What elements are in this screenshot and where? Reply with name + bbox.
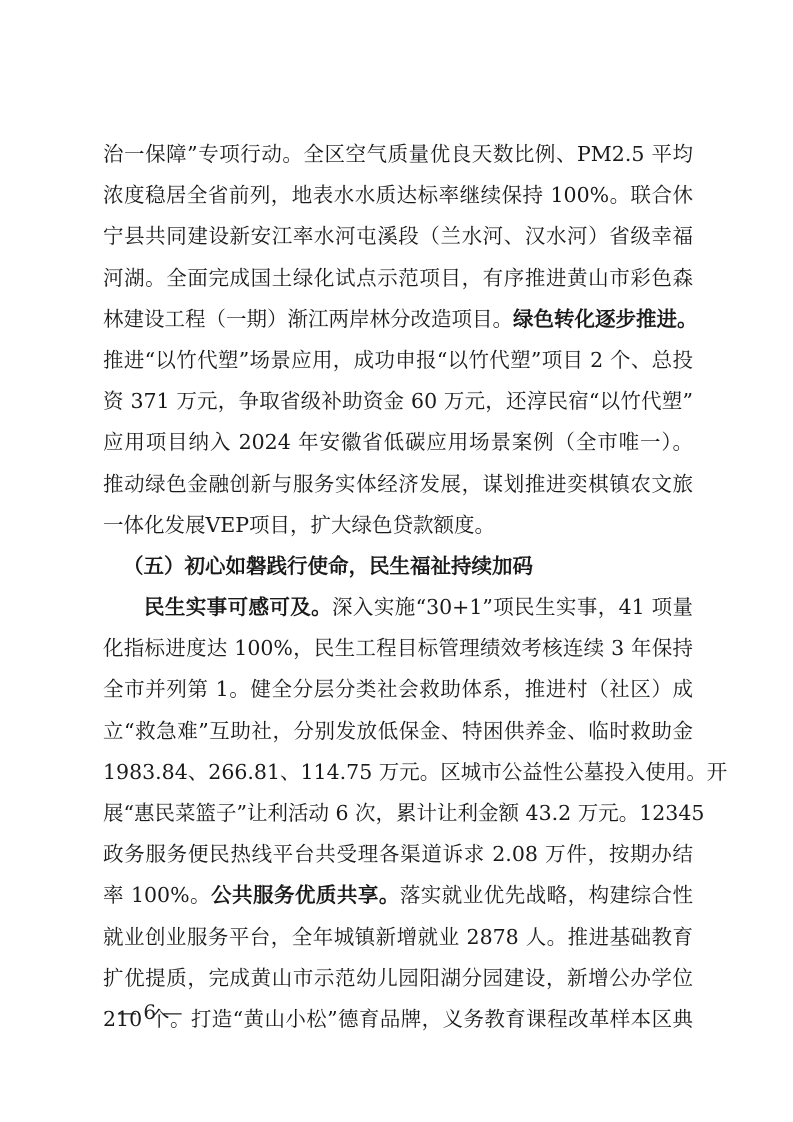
text-segment: 展“惠民菜篮子”让利活动 6 次，累计让利金额 43.2 万元。12345 xyxy=(103,801,704,825)
text-segment: 率 100%。 xyxy=(103,883,211,907)
text-segment: 深入实施“30+1”项民生实事，41 项量 xyxy=(332,595,693,619)
text-segment: 推进“以竹代塑”场景应用，成功申报“以竹代塑”项目 2 个、总投 xyxy=(103,348,693,372)
text-segment: 河湖。全面完成国土绿化试点示范项目，有序推进黄山市彩色森 xyxy=(103,266,693,290)
text-line: 民生实事可感可及。深入实施“30+1”项民生实事，41 项量 xyxy=(103,587,693,628)
body-text: 治一保障”专项行动。全区空气质量优良天数比例、PM2.5 平均浓度稳居全省前列，… xyxy=(103,134,693,1040)
text-line: 浓度稳居全省前列，地表水水质达标率继续保持 100%。联合休 xyxy=(103,175,693,216)
page-number: — 6 — xyxy=(117,998,182,1026)
text-segment: 推动绿色金融创新与服务实体经济发展，谋划推进奕棋镇农文旅 xyxy=(103,472,693,496)
text-segment: 资 371 万元，争取省级补助资金 60 万元，还淳民宿“以竹代塑” xyxy=(103,389,693,413)
text-line: 全市并列第 1。健全分层分类社会救助体系，推进村（社区）成 xyxy=(103,669,693,710)
text-line: 展“惠民菜篮子”让利活动 6 次，累计让利金额 43.2 万元。12345 xyxy=(103,793,693,834)
text-line: 扩优提质，完成黄山市示范幼儿园阳湖分园建设，新增公办学位 xyxy=(103,958,693,999)
text-segment: 化指标进度达 100%，民生工程目标管理绩效考核连续 3 年保持 xyxy=(103,636,693,660)
text-line: 宁县共同建设新安江率水河屯溪段（兰水河、汉水河）省级幸福 xyxy=(103,216,693,257)
text-segment: 扩优提质，完成黄山市示范幼儿园阳湖分园建设，新增公办学位 xyxy=(103,966,693,990)
text-line: 210 个。打造“黄山小松”德育品牌，义务教育课程改革样本区典 xyxy=(103,999,693,1040)
text-line: 一体化发展VEP项目，扩大绿色贷款额度。 xyxy=(103,505,693,546)
text-line: 推进“以竹代塑”场景应用，成功申报“以竹代塑”项目 2 个、总投 xyxy=(103,340,693,381)
text-line: 资 371 万元，争取省级补助资金 60 万元，还淳民宿“以竹代塑” xyxy=(103,381,693,422)
text-segment: 应用项目纳入 2024 年安徽省低碳应用场景案例（全市唯一）。 xyxy=(103,430,693,454)
bold-lead-phrase: 民生实事可感可及。 xyxy=(144,595,332,619)
document-page: 治一保障”专项行动。全区空气质量优良天数比例、PM2.5 平均浓度稳居全省前列，… xyxy=(0,0,793,1122)
text-segment: 全市并列第 1。健全分层分类社会救助体系，推进村（社区）成 xyxy=(103,677,693,701)
text-line: 1983.84、266.81、114.75 万元。区城市公益性公墓投入使用。开 xyxy=(103,752,693,793)
text-line: 就业创业服务平台，全年城镇新增就业 2878 人。推进基础教育 xyxy=(103,917,693,958)
text-line: 化指标进度达 100%，民生工程目标管理绩效考核连续 3 年保持 xyxy=(103,628,693,669)
text-segment: 宁县共同建设新安江率水河屯溪段（兰水河、汉水河）省级幸福 xyxy=(103,224,693,248)
text-segment: 落实就业优先战略，构建综合性 xyxy=(400,883,693,907)
text-line: 政务服务便民热线平台共受理各渠道诉求 2.08 万件，按期办结 xyxy=(103,834,693,875)
section-heading: （五）初心如磐践行使命，民生福祉持续加码 xyxy=(103,546,693,587)
text-line: 应用项目纳入 2024 年安徽省低碳应用场景案例（全市唯一）。 xyxy=(103,422,693,463)
text-segment: 浓度稳居全省前列，地表水水质达标率继续保持 100%。联合休 xyxy=(103,183,693,207)
text-segment: 1983.84、266.81、114.75 万元。区城市公益性公墓投入使用。开 xyxy=(103,760,727,784)
text-line: 立“救急难”互助社，分别发放低保金、特困供养金、临时救助金 xyxy=(103,711,693,752)
text-line: 河湖。全面完成国土绿化试点示范项目，有序推进黄山市彩色森 xyxy=(103,258,693,299)
text-segment: 一体化发展VEP项目，扩大绿色贷款额度。 xyxy=(103,513,495,537)
bold-lead-phrase: 公共服务优质共享。 xyxy=(211,883,400,907)
text-segment: 林建设工程（一期）渐江两岸林分改造项目。 xyxy=(103,307,513,331)
text-line: 林建设工程（一期）渐江两岸林分改造项目。绿色转化逐步推进。 xyxy=(103,299,693,340)
text-segment: 210 个。打造“黄山小松”德育品牌，义务教育课程改革样本区典 xyxy=(103,1007,693,1031)
text-segment: 治一保障”专项行动。全区空气质量优良天数比例、PM2.5 平均 xyxy=(103,142,693,166)
text-line: 率 100%。公共服务优质共享。落实就业优先战略，构建综合性 xyxy=(103,875,693,916)
text-segment: 政务服务便民热线平台共受理各渠道诉求 2.08 万件，按期办结 xyxy=(103,842,693,866)
text-segment: 立“救急难”互助社，分别发放低保金、特困供养金、临时救助金 xyxy=(103,719,693,743)
bold-lead-phrase: （五）初心如磐践行使命，民生福祉持续加码 xyxy=(123,554,533,578)
text-line: 推动绿色金融创新与服务实体经济发展，谋划推进奕棋镇农文旅 xyxy=(103,464,693,505)
bold-lead-phrase: 绿色转化逐步推进。 xyxy=(513,307,698,331)
text-line: 治一保障”专项行动。全区空气质量优良天数比例、PM2.5 平均 xyxy=(103,134,693,175)
text-segment: 就业创业服务平台，全年城镇新增就业 2878 人。推进基础教育 xyxy=(103,925,693,949)
